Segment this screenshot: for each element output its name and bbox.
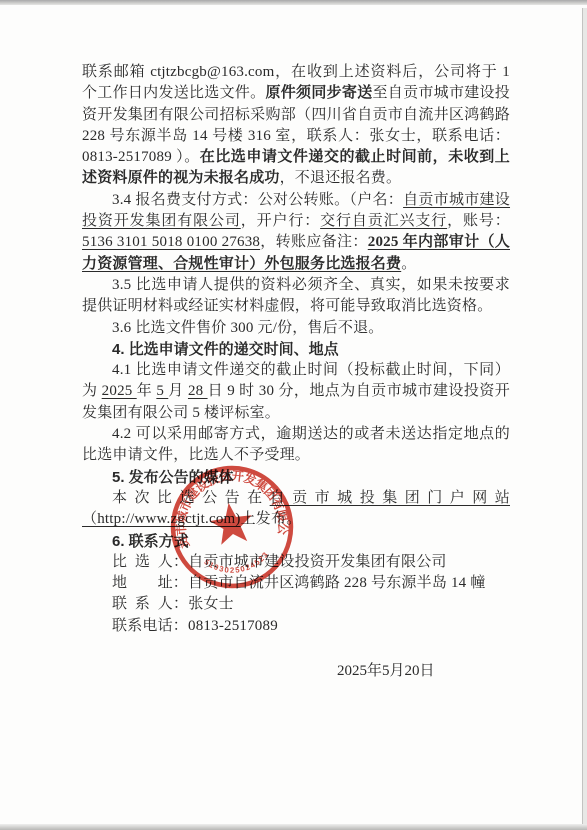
heading-text: 6. 联系方式: [112, 533, 189, 550]
text-run: 3.6 比选文件售价 300 元/份，售后不退。: [112, 320, 383, 336]
contact-row-bidder: 比 选 人：自贡市城市建设投资开发集团有限公司: [82, 552, 510, 573]
text-run: 年: [137, 383, 157, 399]
contact-row-person: 联 系 人：张女士: [82, 594, 510, 615]
text-run: 上发布。: [241, 511, 302, 527]
deadline-year-underlined: 2025: [102, 383, 137, 399]
contact-label: 地 址：: [112, 575, 188, 591]
text-run: 3.4 报名费支付方式：公对公转账。（户名：: [112, 192, 403, 208]
section-4-heading: 4. 比选申请文件的递交时间、地点: [82, 339, 510, 360]
text-run: ，转账应备注：: [260, 234, 368, 250]
date-text: 2025年5月20日: [337, 663, 435, 679]
scan-edge-right-shadow: [583, 8, 587, 824]
para-5-announcement-media: 本次比选公告在自贡市城投集团门户网站（http://www.zgctjt.com…: [82, 488, 510, 531]
text-run: ，账号：: [447, 213, 510, 229]
contact-value: 自贡市自流井区鸿鹤路 228 号东源半岛 14 幢: [188, 575, 486, 591]
contact-row-address: 地 址：自贡市自流井区鸿鹤路 228 号东源半岛 14 幢: [82, 573, 510, 594]
section-6-heading: 6. 联系方式: [82, 531, 510, 552]
contact-value: 0813-2517089: [188, 618, 278, 634]
scan-edge-bottom: [0, 824, 587, 830]
para-3-4-payment: 3.4 报名费支付方式：公对公转账。（户名：自贡市城市建设投资开发集团有限公司，…: [82, 190, 510, 275]
para-4-2-mailing: 4.2 可以采用邮寄方式，逾期送达的或者未送达指定地点的比选申请文件，比选人不予…: [82, 424, 510, 467]
page-right-edge-line: [582, 8, 583, 824]
text-run-bold: 原件须同步寄送: [265, 85, 372, 101]
scan-edge-top: [0, 0, 587, 5]
para-3-6-document-price: 3.6 比选文件售价 300 元/份，售后不退。: [82, 318, 510, 339]
deadline-month-underlined: 5: [156, 383, 168, 399]
contact-label: 联系电话：: [112, 618, 188, 634]
text-run: 本次比选公告在: [112, 490, 270, 506]
account-number-underlined: 5136 3101 5018 0100 27638: [82, 234, 260, 250]
heading-text: 4. 比选申请文件的递交时间、地点: [112, 341, 339, 358]
document-body: 联系邮箱 ctjtzbcgb@163.com，在收到上述资料后，公司将于 1 个…: [82, 62, 510, 682]
text-run: ，不退还报名费。: [280, 170, 402, 186]
deadline-day-underlined: 28: [188, 383, 208, 399]
contact-label: 比 选 人：: [112, 554, 188, 570]
para-4-1-deadline: 4.1 比选申请文件递交的截止时间（投标截止时间，下同）为 2025 年 5 月…: [82, 360, 510, 424]
scanned-document-page: { "seal": { "company": "自贡市城市建设投资开发集团有限公…: [0, 0, 587, 830]
text-run: 月: [168, 383, 188, 399]
text-run: 3.5 比选申请人提供的资料必须齐全、真实，如果未按要求提供证明材料或经证实材料…: [82, 277, 510, 314]
document-date: 2025年5月20日: [82, 661, 510, 682]
text-run: ，开户行：: [241, 213, 320, 229]
contact-value: 自贡市城市建设投资开发集团有限公司: [188, 554, 446, 570]
heading-text: 5. 发布公告的媒体: [112, 469, 234, 486]
text-run: 4.2 可以采用邮寄方式，逾期送达的或者未送达指定地点的比选申请文件，比选人不予…: [82, 426, 510, 463]
para-registration-materials: 联系邮箱 ctjtzbcgb@163.com，在收到上述资料后，公司将于 1 个…: [82, 62, 510, 190]
bank-name-underlined: 交行自贡汇兴支行: [320, 213, 447, 229]
contact-row-phone: 联系电话：0813-2517089: [82, 616, 510, 637]
para-3-5-materials-truthful: 3.5 比选申请人提供的资料必须齐全、真实，如果未按要求提供证明材料或经证实材料…: [82, 275, 510, 318]
contact-label: 联 系 人：: [112, 596, 188, 612]
contact-value: 张女士: [188, 596, 234, 612]
text-run: 。: [401, 256, 416, 272]
section-5-heading: 5. 发布公告的媒体: [82, 467, 510, 488]
